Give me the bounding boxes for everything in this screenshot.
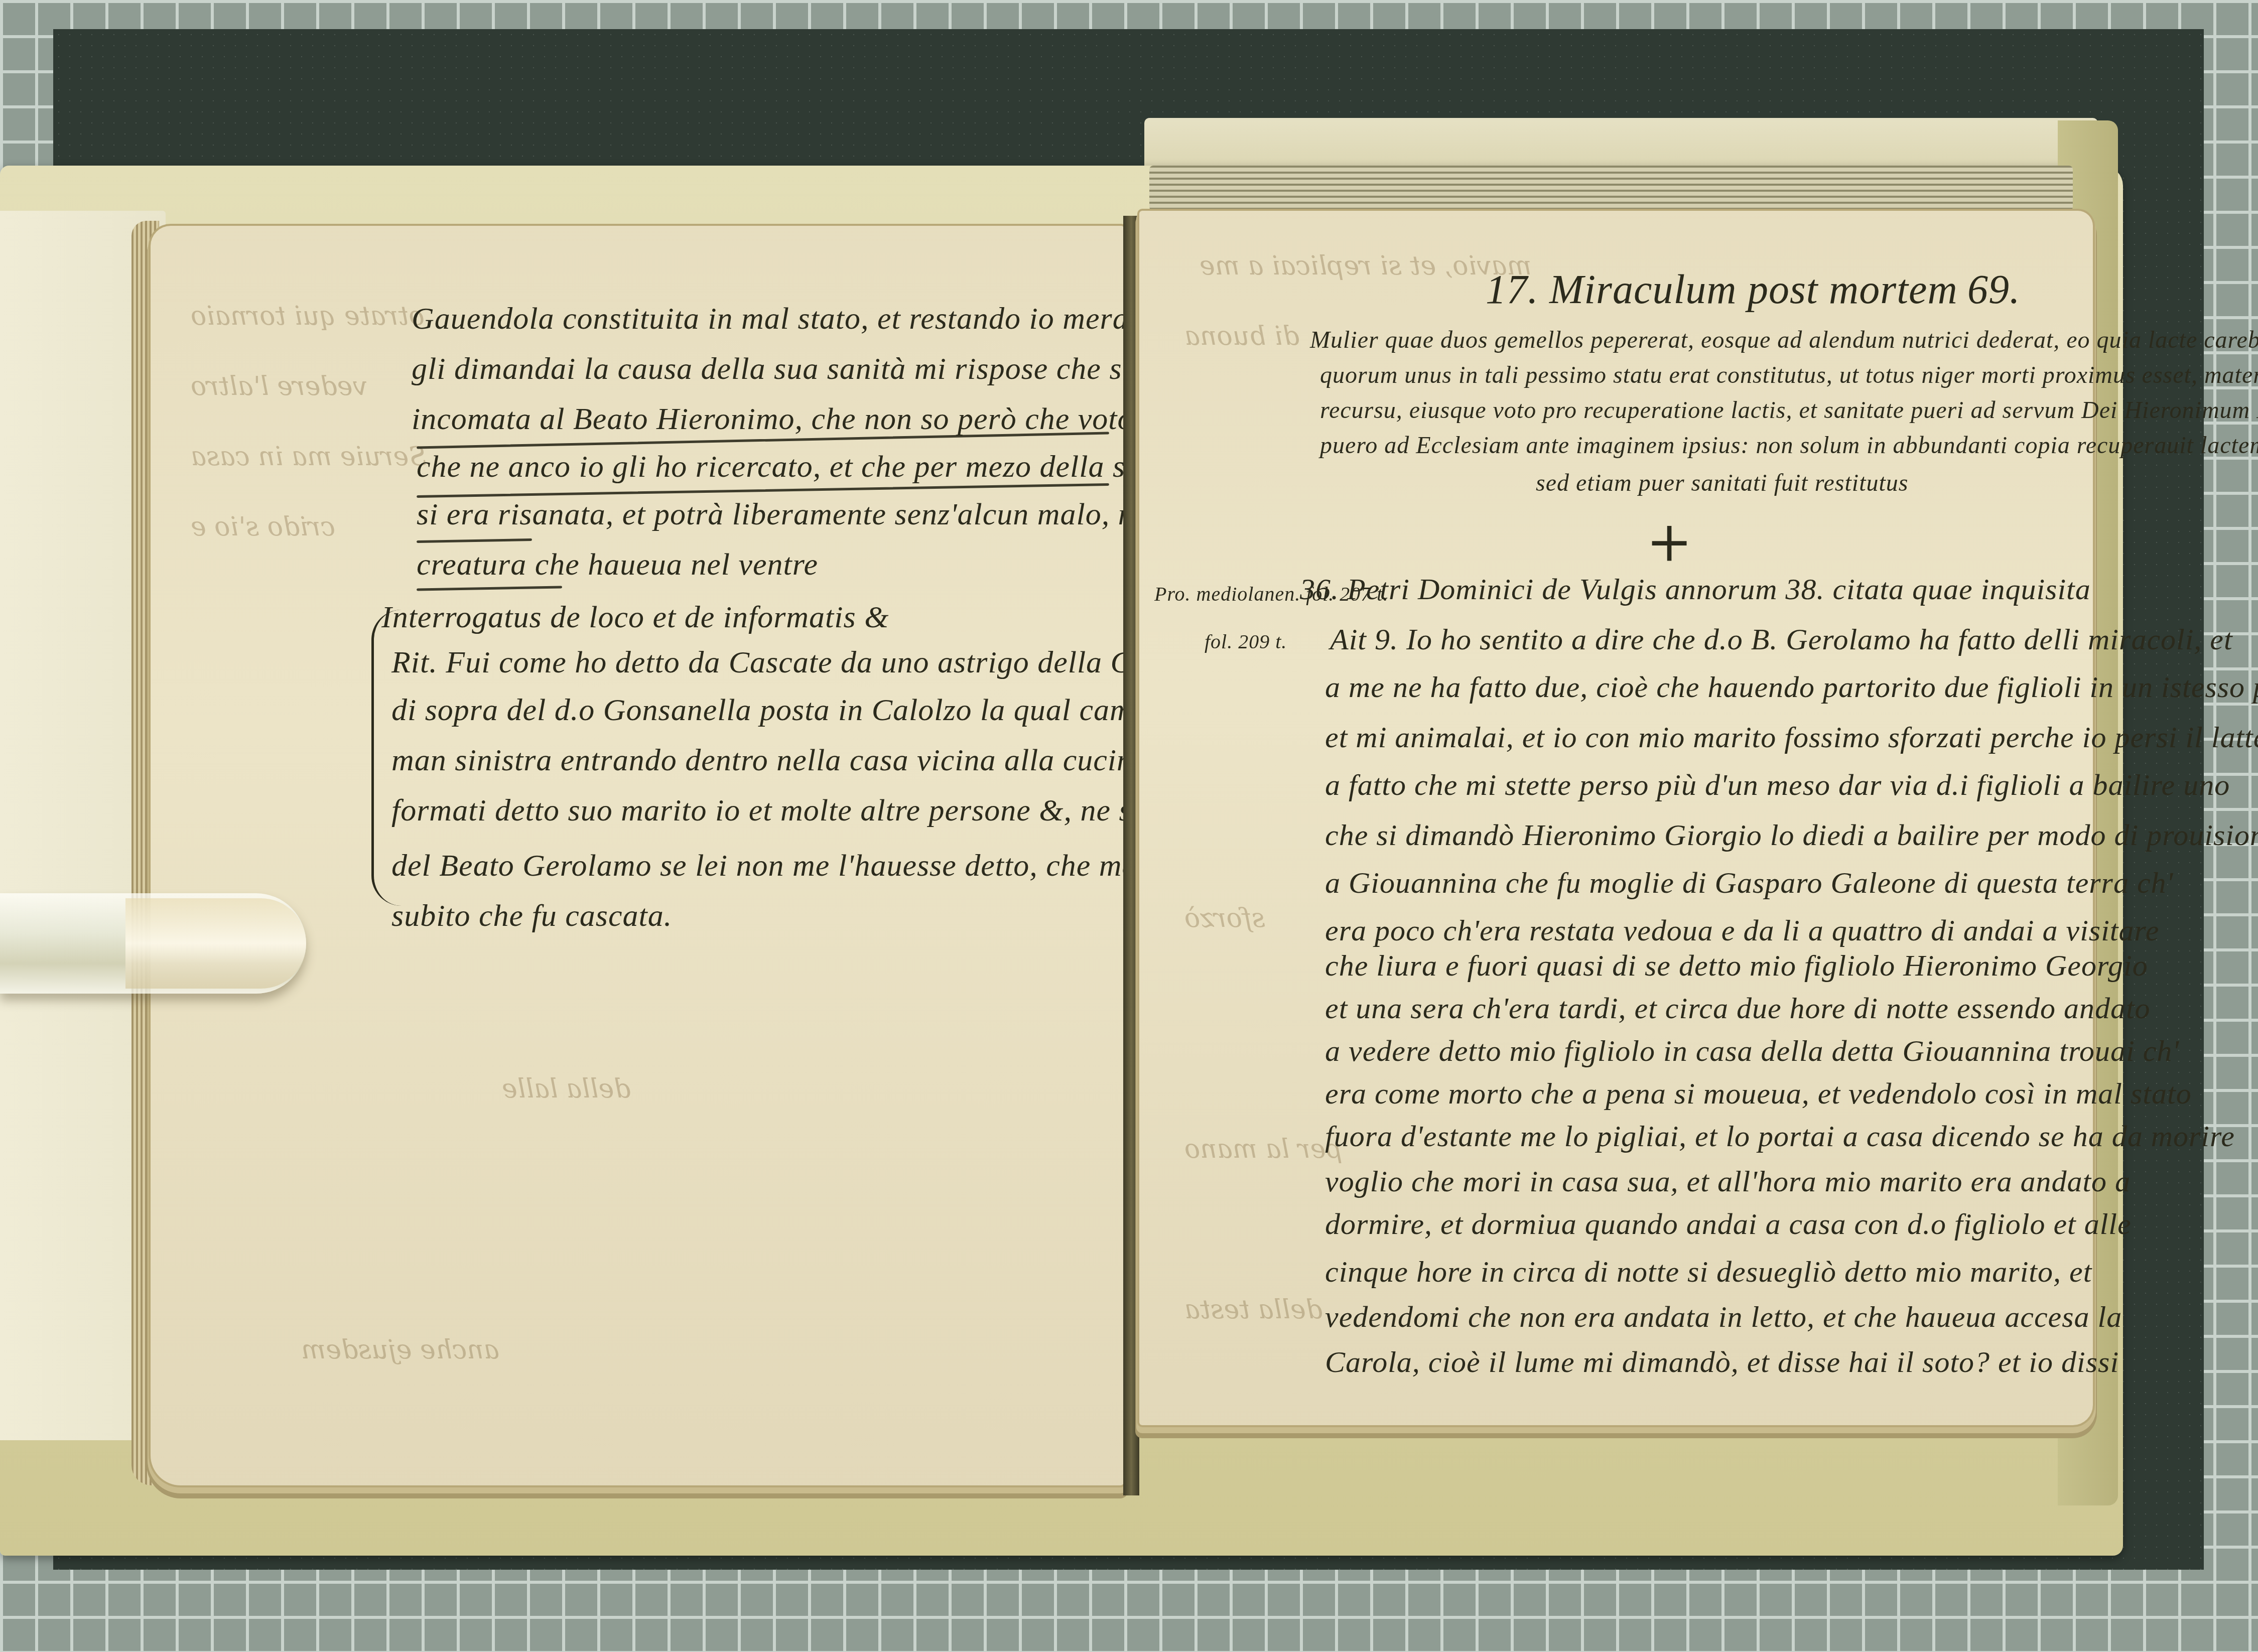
left-page-line: creatura che haueua nel ventre	[417, 547, 818, 583]
witness-line: 36. Petri Dominici de Vulgis annorum 38.…	[1300, 572, 2091, 607]
bleed-through-text: anche ejusdem	[301, 1335, 499, 1365]
bleed-through-text: sforzò	[1184, 903, 1265, 933]
bleed-through-text: crido s'io e	[191, 512, 335, 542]
response-line: Rit. Fui come ho detto da Cascate da uno…	[391, 645, 1214, 680]
response-line: di sopra del d.o Gonsanella posta in Cal…	[391, 693, 1242, 728]
left-page-line: gli dimandai la causa della sua sanità m…	[412, 351, 1182, 387]
deposition-line: vedendomi che non era andata in letto, e…	[1325, 1300, 2122, 1334]
response-line: subito che fu cascata.	[391, 898, 672, 934]
book-gutter	[1123, 216, 1139, 1495]
bleed-through-text: vedere l'altro	[191, 371, 367, 401]
bleed-through-text: della testa	[1184, 1295, 1322, 1325]
deposition-line: fuora d'estante me lo pigliai, et lo por…	[1325, 1119, 2235, 1154]
deposition-line: dormire, et dormiua quando andai a casa …	[1325, 1207, 2132, 1242]
miracle-heading: 17. Miraculum post mortem	[1486, 266, 1958, 313]
cross-mark: +	[1646, 509, 1692, 574]
bleed-through-text: per la mano	[1184, 1134, 1343, 1164]
bleed-through-text: della lalle	[502, 1074, 631, 1104]
deposition-line: et una sera ch'era tardi, et circa due h…	[1325, 991, 2151, 1026]
deposition-line: era come morto che a pena si moueua, et …	[1325, 1076, 2192, 1111]
margin-note: fol. 209 t.	[1205, 630, 1287, 653]
deposition-line: a vedere detto mio figliolo in casa dell…	[1325, 1034, 2179, 1068]
glass-weight-rod-end	[125, 898, 306, 989]
deposition-line: cinque hore in circa di notte si desuegl…	[1325, 1255, 2092, 1289]
latin-summary-line: recursu, eiusque voto pro recuperatione …	[1320, 396, 2258, 424]
latin-summary-line: quorum unus in tali pessimo statu erat c…	[1320, 361, 2258, 389]
deposition-line: Ait 9. Io ho sentito a dire che d.o B. G…	[1330, 622, 2233, 657]
bleed-through-text: Seruie ma in casa	[191, 442, 427, 472]
deposition-line: a fatto che mi stette perso più d'un mes…	[1325, 768, 2230, 802]
bleed-through-text: di buona	[1184, 321, 1299, 351]
latin-summary-line: sed etiam puer sanitati fuit restitutus	[1536, 469, 1909, 497]
page-block-top-edge	[1149, 166, 2073, 211]
deposition-line: era poco ch'era restata vedoua e da li a…	[1325, 913, 2159, 948]
folio-number: 69.	[1967, 266, 2021, 313]
latin-summary-line: puero ad Ecclesiam ante imaginem ipsius:…	[1320, 432, 2258, 459]
latin-summary-line: Mulier quae duos gemellos pepererat, eos…	[1310, 326, 2258, 354]
bleed-through-text: otrate qui tornaio	[191, 301, 425, 331]
deposition-line: che liura e fuori quasi di se detto mio …	[1325, 948, 2148, 983]
bleed-through-text: mavio, et si replicai a me	[1200, 251, 1532, 281]
deposition-line: che si dimandò Hieronimo Giorgio lo died…	[1325, 818, 2258, 853]
deposition-line: Carola, cioè il lume mi dimandò, et diss…	[1325, 1345, 2119, 1380]
deposition-line: et mi animalai, et io con mio marito fos…	[1325, 720, 2258, 755]
interrogatus-line: Interrogatus de loco et de informatis &	[381, 600, 889, 635]
deposition-line: a me ne ha fatto due, cioè che hauendo p…	[1325, 670, 2258, 705]
deposition-line: voglio che mori in casa sua, et all'hora…	[1325, 1164, 2131, 1199]
deposition-line: a Giouannina che fu moglie di Gasparo Ga…	[1325, 866, 2173, 900]
